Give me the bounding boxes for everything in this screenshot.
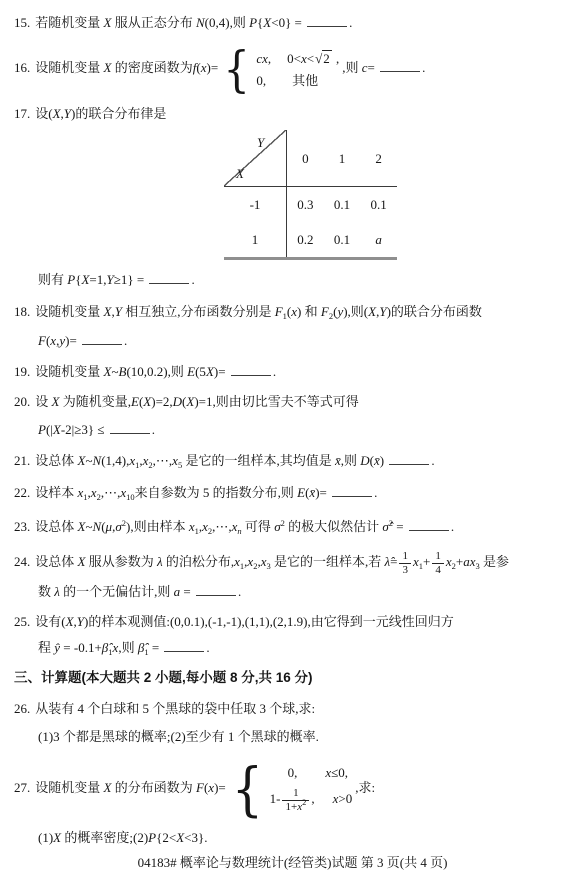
text-run: = -0.1+ [60,640,102,655]
text-run: ),则( [343,304,368,319]
text-run: 服从参数为 [85,554,157,569]
question-17-conclusion: 则有 P{X=1,Y≥1} = . [38,270,577,288]
text-run: )= [214,364,229,379]
piecewise-function: {0,x≤0,1-11+x2,x>0 [229,760,352,818]
math-text: D [360,453,369,468]
text-run: (0,4),则 [205,15,249,30]
question-17: 17.设(X,Y)的联合分布律是 [14,105,577,122]
table-cell: a [360,222,397,257]
math-text: P [249,15,257,30]
answer-blank [196,582,236,596]
text-run: . [431,453,434,468]
question-16-text: 设随机变量 X 的密度函数为f(x)={cx,0<x<√2 ,0,其他,则 c=… [35,60,425,75]
left-brace-icon: { [223,45,250,94]
text-run: 设( [35,106,52,121]
math-text: N [93,519,102,534]
answer-blank [82,331,122,345]
cases-line: 0,其他 [256,70,318,92]
cases-line: 0,x≤0, [270,762,348,784]
text-run: 是参 [480,554,509,569]
text-run: . [238,584,241,599]
question-27: 27.设随机变量 X 的分布函数为 F(x)={0,x≤0,1-11+x2,x>… [14,759,577,819]
text-run: ,⋯, [212,519,232,534]
text-run: (10,0.2),则 [126,364,187,379]
cases-column: 0,x≤0,1-11+x2,x>0 [270,762,353,816]
question-20-number: 20. [14,394,30,409]
text-run: 是它的一组样本,其均值是 [182,453,335,468]
text-run: )=2, [151,394,172,409]
cases-line: 1-11+x2,x>0 [270,784,353,816]
text-run: (1,4), [101,453,129,468]
text-run: 4 [435,564,441,576]
math-text: X [53,106,61,121]
question-24-number: 24. [14,554,30,569]
answer-blank [164,638,204,652]
text-run: + [423,554,430,569]
section-3-heading: 三、计算题(本大题共 2 小题,每小题 8 分,共 16 分) [14,669,577,686]
text-run: . [451,519,454,534]
text-run: 程 [38,640,54,655]
question-20-text: 设 X 为随机变量,E(X)=2,D(X)=1,则由切比雪夫不等式可得 [35,394,359,409]
text-run: 设 [35,394,51,409]
table-cell: 0.1 [324,187,361,222]
table-corner-cell: Y X [224,130,287,186]
math-text: E [297,485,305,500]
math-text: Y [107,272,114,287]
text-run: . [191,272,194,287]
table-cell: 0.1 [324,222,361,257]
question-19-number: 19. [14,364,30,379]
text-run: ),则由样本 [126,519,189,534]
question-19-text: 设随机变量 X~B(10,0.2),则 E(5X)= . [35,364,276,379]
question-26-parts: (1)3 个都是黑球的概率;(2)至少有 1 个黑球的概率. [38,728,577,745]
text-run: 的一个无偏估计,则 [60,584,174,599]
table-cell: 0.2 [287,222,324,257]
question-27-number: 27. [14,780,30,795]
question-24: 24.设总体 X 服从参数为 λ 的泊松分布,x1,x2,x3 是它的一组样本,… [14,550,577,576]
answer-blank [307,13,347,27]
text-run: 设有( [35,614,65,629]
radical: √2 [315,50,332,67]
corner-row-variable: X [236,165,244,182]
text-run: 设随机变量 [35,60,103,75]
joint-distribution-table: Y X 0 1 2 -1 0.3 0.1 0.1 1 0.2 0.1 a [224,130,397,260]
answer-blank [409,517,449,531]
exam-page: 15.若随机变量 X 服从正态分布 N(0,4),则 P{X<0} = . 16… [0,0,585,885]
math-text: X [176,830,184,845]
text-run: (1) [38,830,53,845]
math-text: E [187,364,195,379]
answer-blank [110,420,150,434]
text-run: 0< [287,51,301,66]
text-run: ≥1} = [114,272,148,287]
question-26: 26.从装有 4 个白球和 5 个黑球的袋中任取 3 个球,求: [14,700,577,717]
row-label: -1 [224,187,287,222]
math-text: X [206,364,214,379]
answer-blank [231,362,271,376]
question-16-number: 16. [14,60,30,75]
answer-blank [332,483,372,497]
question-26-number: 26. [14,701,30,716]
text-run: )=1,则由切比雪夫不等式可得 [194,394,358,409]
question-27-parts: (1)X 的概率密度;(2)P{2<X<3}. [38,829,577,846]
math-superscript: 2 [302,797,306,807]
column-header: 2 [360,130,397,186]
text-run: ,求: [355,780,375,795]
text-run: 相互独立,分布函数分别是 [122,304,275,319]
text-run: . [374,485,377,500]
piecewise-function: {cx,0<x<√2 ,0,其他 [221,45,339,94]
math-text: X [66,614,74,629]
math-text: F [321,304,329,319]
math-text: cx [256,51,268,66]
question-24-line2: 数 λ 的一个无偏估计,则 a = . [38,582,577,600]
text-run: 是它的一组样本,若 [271,554,385,569]
text-run: ) [380,453,388,468]
table-row: 1 0.2 0.1 a [224,222,397,257]
text-run: ,⋯, [153,453,173,468]
column-header: 0 [287,130,324,186]
text-run: . [422,60,425,75]
math-text: F [196,780,204,795]
answer-blank [380,58,420,72]
text-run: = [393,519,407,534]
math-text: D [173,394,182,409]
question-17-number: 17. [14,106,30,121]
text-run: 来自参数为 5 的指数分布,则 [135,485,298,500]
column-header: 1 [324,130,361,186]
question-15-text: 若随机变量 X 服从正态分布 N(0,4),则 P{X<0} = . [35,15,352,30]
text-run: 设随机变量 [35,304,103,319]
question-26-text: 从装有 4 个白球和 5 个黑球的袋中任取 3 个球,求: [35,701,315,716]
corner-column-variable: Y [257,134,264,151]
math-text: P [38,422,46,437]
question-23: 23.设总体 X~N(μ,σ2),则由样本 x1,x2,⋯,xn 可得 σ2 的… [14,517,577,535]
question-25-text: 设有(X,Y)的样本观测值:(0,0.1),(-1,-1),(1,1),(2,1… [35,614,454,629]
math-text: P [148,830,156,845]
text-run: < [307,51,314,66]
question-18-number: 18. [14,304,30,319]
math-text: Y [115,304,122,319]
text-run: =1, [89,272,106,287]
text-run: = [149,640,163,655]
denominator: 4 [432,563,444,577]
text-run: 数 [38,584,54,599]
fraction: 11+x2 [282,787,309,813]
question-18-text: 设随机变量 X,Y 相互独立,分布函数分别是 F1(x) 和 F2(y),则(X… [35,304,482,319]
question-27-text: 设随机变量 X 的分布函数为 F(x)={0,x≤0,1-11+x2,x>0,求… [35,780,375,795]
text-run: , [333,51,340,66]
math-text: ax [463,554,475,569]
text-run: )= [65,333,80,348]
numerator: 1 [399,550,411,563]
text-run: -2|≥3} ≤ [61,422,108,437]
question-25: 25.设有(X,Y)的样本观测值:(0,0.1),(-1,-1),(1,1),(… [14,613,577,630]
text-run: 设随机变量 [35,780,103,795]
text-run: ) 和 [297,304,321,319]
radical-sign-icon: √ [315,51,322,67]
question-23-number: 23. [14,519,30,534]
question-16: 16.设随机变量 X 的密度函数为f(x)={cx,0<x<√2 ,0,其他,则… [14,44,577,95]
math-text: X [368,304,376,319]
text-run: (5 [195,364,206,379]
text-run: ~ [85,453,92,468]
question-25-line2: 程 ŷ = -0.1+β̂1x,则 β̂1 = . [38,638,577,656]
table-cell: 0.1 [360,187,397,222]
row-label: 1 [224,222,287,257]
math-text: E [131,394,139,409]
text-run: )= [206,60,218,75]
question-20-line2: P(|X-2|≥3} ≤ . [38,420,577,438]
math-text: Y [379,304,386,319]
text-run: , [311,791,314,806]
text-run: {2< [156,830,176,845]
text-run: 的分布函数为 [111,780,196,795]
radicand: 2 [322,50,332,67]
text-run: 从装有 4 个白球和 5 个黑球的袋中任取 3 个球,求: [35,701,315,716]
text-run: )= [315,485,330,500]
text-run: 为随机变量, [59,394,131,409]
cases-column: cx,0<x<√2 ,0,其他 [256,47,339,92]
text-run: . [273,364,276,379]
text-run: 1- [270,791,281,806]
math-text: N [93,453,102,468]
text-run: <3}. [184,830,207,845]
text-run: 1 [435,550,441,562]
text-run: ,则 [118,640,138,655]
text-run: 设总体 [35,519,77,534]
fraction: 14 [432,550,444,576]
text-run: 的密度函数为 [111,60,192,75]
text-run: ~ [111,364,118,379]
text-run: (1)3 个都是黑球的概率;(2)至少有 1 个黑球的概率. [38,729,319,744]
text-run: 设随机变量 [35,364,103,379]
text-run: 服从正态分布 [111,15,196,30]
question-22-text: 设样本 x1,x2,⋯,x10来自参数为 5 的指数分布,则 E(x̄)= . [35,485,377,500]
text-run: 的泊松分布, [163,554,235,569]
math-text: Y [77,614,84,629]
text-run: 设样本 [35,485,77,500]
question-22-number: 22. [14,485,30,500]
text-run: 若随机变量 [35,15,103,30]
numerator: 1 [432,550,444,563]
text-run: 则有 [38,272,67,287]
question-18-line2: F(x,y)= . [38,331,577,349]
text-run: 设总体 [35,554,77,569]
question-21-number: 21. [14,453,30,468]
cases-line: cx,0<x<√2 , [256,47,339,70]
text-run: 的极大似然估计 [285,519,383,534]
table-row: -1 0.3 0.1 0.1 [224,187,397,222]
question-15-number: 15. [14,15,30,30]
math-text: Y [64,106,71,121]
answer-blank [149,270,189,284]
text-run: . [152,422,155,437]
text-run: ,⋯, [101,485,121,500]
denominator: 1+x2 [282,800,309,814]
page-footer: 04183# 概率论与数理统计(经管类)试题 第 3 页(共 4 页) [0,854,585,871]
text-run: 2 [323,51,330,66]
denominator: 3 [399,563,411,577]
answer-blank [389,451,429,465]
text-run: 0, [256,73,266,88]
text-run: , [268,51,271,66]
text-run: 可得 [242,519,275,534]
text-run: 的概率密度;(2) [61,830,148,845]
text-run: (| [46,422,53,437]
math-text: X [53,422,61,437]
question-23-text: 设总体 X~N(μ,σ2),则由样本 x1,x2,⋯,xn 可得 σ2 的极大似… [35,519,454,534]
question-24-text: 设总体 X 服从参数为 λ 的泊松分布,x1,x2,x3 是它的一组样本,若 λ… [35,554,509,569]
question-19: 19.设随机变量 X~B(10,0.2),则 E(5X)= . [14,362,577,380]
text-run: >0 [338,791,352,806]
text-run: )的样本观测值:(0,0.1),(-1,-1),(1,1),(2,1.9),由它… [84,614,454,629]
math-text: N [196,15,205,30]
text-run: ,则 [342,60,362,75]
question-25-number: 25. [14,614,30,629]
question-17-text: 设(X,Y)的联合分布律是 [35,106,166,121]
text-run: . [349,15,352,30]
text-run: 其他 [292,73,318,88]
text-run: ≤0, [331,765,348,780]
text-run: 1 [402,550,408,562]
text-run: 设总体 [35,453,77,468]
text-run: 0, [288,765,298,780]
left-brace-icon: { [232,760,263,818]
math-text: F [275,304,283,319]
text-run: . [206,640,209,655]
question-18: 18.设随机变量 X,Y 相互独立,分布函数分别是 F1(x) 和 F2(y),… [14,303,577,320]
text-run: 1+ [285,801,297,813]
table-cell: 0.3 [287,187,324,222]
question-15: 15.若随机变量 X 服从正态分布 N(0,4),则 P{X<0} = . [14,13,577,31]
text-run: )的联合分布律是 [71,106,166,121]
math-text: F [38,333,46,348]
text-run: = [390,554,397,569]
text-run: )的联合分布函数 [387,304,482,319]
text-run: 3 [402,564,408,576]
text-run: = [180,584,194,599]
fraction: 13 [399,550,411,576]
question-22: 22.设样本 x1,x2,⋯,x10来自参数为 5 的指数分布,则 E(x̄)=… [14,483,577,501]
question-20: 20.设 X 为随机变量,E(X)=2,D(X)=1,则由切比雪夫不等式可得 [14,393,577,410]
text-run: )= [214,780,226,795]
math-text: X [53,830,61,845]
text-run: = [368,60,379,75]
text-run: <0} = [271,15,305,30]
math-subscript: 10 [126,492,135,502]
question-21-text: 设总体 X~N(1,4),x1,x2,⋯,x5 是它的一组样本,其均值是 x̄,… [35,453,434,468]
text-run: ,则 [341,453,361,468]
question-21: 21.设总体 X~N(1,4),x1,x2,⋯,x5 是它的一组样本,其均值是 … [14,451,577,469]
text-run: ~ [85,519,92,534]
text-run: 1 [293,787,299,799]
text-run: . [124,333,127,348]
table-header-row: Y X 0 1 2 [224,130,397,187]
